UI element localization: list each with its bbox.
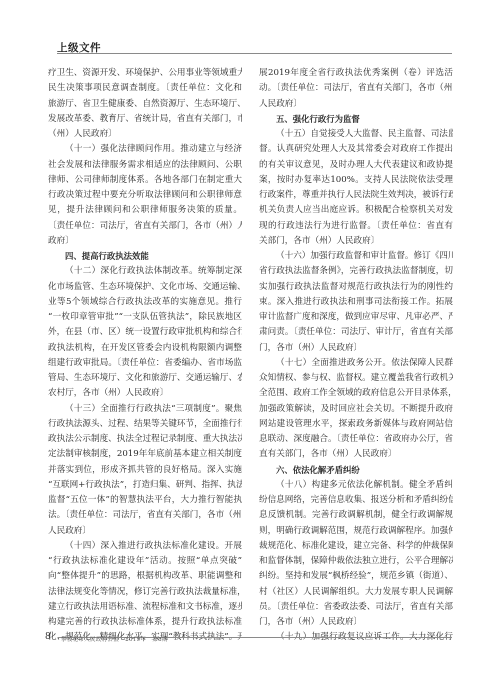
paragraph-end-line: 农村厅，各市（州）人民政府〕 bbox=[48, 386, 242, 401]
text-line: 纠纷。坚持和发展“枫桥经验”，规范乡镇（街道）、 bbox=[259, 569, 453, 584]
text-line: 见，提升法律顾问和公职律师服务决策的质量。 bbox=[48, 203, 242, 218]
text-line: 和监督体制，保障仲裁依法独立进行，公平合理解决 bbox=[259, 554, 453, 569]
text-line: 全范围、政府工作全领域的政府信息公开目录体系， bbox=[259, 386, 453, 401]
section-heading: 五、强化行政行为监督 bbox=[259, 112, 453, 127]
section-heading: 六、依法化解矛盾纠纷 bbox=[259, 463, 453, 478]
paragraph-end-line: 政府〕 bbox=[48, 234, 242, 249]
text-line: 束。深入推进行政执法和刑事司法衔接工作。拓展 bbox=[259, 295, 453, 310]
publication-issue: 第8期 bbox=[152, 637, 167, 643]
publication-name: 攀枝花市人民政府公报 bbox=[61, 637, 119, 643]
text-line: 并落实到位，形成齐抓共管的良好格局。深入实施 bbox=[48, 463, 242, 478]
paragraph-end-line: 直有关部门，各市（州）人民政府〕 bbox=[259, 447, 453, 462]
text-line: 发展改革委、教育厅、省统计局，省直有关部门，市 bbox=[48, 112, 242, 127]
paragraph-start-line: （十七）全面推进政务公开。依法保障人民群 bbox=[259, 356, 453, 371]
text-line: 裁规范化、标准化建设，建立完备、科学的仲裁保障 bbox=[259, 539, 453, 554]
paragraph-end-line: 人民政府〕 bbox=[48, 524, 242, 539]
paragraph-start-line: （十一）强化法律顾问作用。推动建立与经济 bbox=[48, 142, 242, 157]
paragraph-start-line: （十六）加强行政监督和审计监督。修订《四川 bbox=[259, 249, 453, 264]
text-line: 行政案件，尊重并执行人民法院生效判决，被诉行政 bbox=[259, 188, 453, 203]
text-line: “一枚印章管审批”“一支队伍管执法”，除民族地区 bbox=[48, 310, 242, 325]
text-line: 审计监督广度和深度，做到应审尽审、凡审必严、严 bbox=[259, 310, 453, 325]
text-line: 化市场监管、生态环境保护、文化市场、交通运输、农 bbox=[48, 280, 242, 295]
paragraph-start-line: （十五）自觉接受人大监督、民主监督、司法监 bbox=[259, 127, 453, 142]
text-line: 动。〔责任单位：司法厅，省直有关部门，各市（州） bbox=[259, 81, 453, 96]
paragraph-end-line: 门，各市（州）人民政府〕 bbox=[259, 615, 453, 630]
text-line: 〔责任单位：司法厅，省直有关部门，各市（州）人民 bbox=[48, 219, 242, 234]
text-line: 业等5个领域综合行政执法改革的实施意见。推行 bbox=[48, 295, 242, 310]
text-line: 社会发展和法律服务需求相适应的法律顾问、公职 bbox=[48, 158, 242, 173]
text-line: 定法制审核制度，2019年年底前基本建立相关制度 bbox=[48, 447, 242, 462]
text-line: 律师、公司律师制度体系。各地各部门在制定重大 bbox=[48, 173, 242, 188]
text-line: 管局、生态环境厅、文化和旅游厅、交通运输厅、农业 bbox=[48, 371, 242, 386]
text-line: 督。认真研究处理人大及其常委会对政府工作提出 bbox=[259, 142, 453, 157]
text-line: 监督“五位一体”的智慧执法平台，大力推行智能执 bbox=[48, 493, 242, 508]
left-text-column: 疗卫生、资源开发、环境保护、公用事业等领域重大民生决策事项民意调查制度。〔责任单… bbox=[48, 66, 242, 646]
text-line: “互联网+行政执法”，打造归集、研判、指挥、执法、 bbox=[48, 478, 242, 493]
text-line: 现的行政违法行为进行监督。〔责任单位：省直有 bbox=[259, 219, 453, 234]
text-line: 纷信息网络，完善信息收集、报送分析和矛盾纠纷信 bbox=[259, 493, 453, 508]
paragraph-start-line: （十二）深化行政执法体制改革。统筹制定深 bbox=[48, 264, 242, 279]
text-line: 建立行政执法用语标准、流程标准和文书标准，逐步 bbox=[48, 600, 242, 615]
text-line: 行政执法源头、过程、结果等关键环节，全面推行行 bbox=[48, 417, 242, 432]
text-line: 外，在县（市、区）统一设置行政审批机构和综合行 bbox=[48, 325, 242, 340]
text-line: 加强政策解读，及时回应社会关切。不断提升政府 bbox=[259, 402, 453, 417]
text-line: 构建完善的行政执法标准体系，提升行政执法标准 bbox=[48, 615, 242, 630]
text-line: 旅游厅、省卫生健康委、自然资源厅、生态环境厅、省 bbox=[48, 97, 242, 112]
text-line: 向“整体提升”的思路，根据机构改革、职能调整和 bbox=[48, 569, 242, 584]
text-line: 机关负责人应当出庭应诉。积极配合检察机关对发 bbox=[259, 203, 453, 218]
text-line: 行政决策过程中要充分听取法律顾问和公职律师意 bbox=[48, 188, 242, 203]
footer-publication-info: 攀枝花市人民政府公报 2019年 第8期 bbox=[61, 635, 168, 643]
text-line: 实加强行政执法监督对规范行政执法行为的刚性约 bbox=[259, 280, 453, 295]
text-line: 省行政执法监督条例》，完善行政执法监督制度，切 bbox=[259, 264, 453, 279]
text-line: “行政执法标准化建设年”活动。按照“单点突破” bbox=[48, 554, 242, 569]
text-line: 疗卫生、资源开发、环境保护、公用事业等领域重大 bbox=[48, 66, 242, 81]
text-line: 政执法公示制度、执法全过程记录制度、重大执法决 bbox=[48, 432, 242, 447]
text-line: 民生决策事项民意调查制度。〔责任单位：文化和 bbox=[48, 81, 242, 96]
text-line: 众知情权、参与权、监督权。建立覆盖我省行政机关 bbox=[259, 371, 453, 386]
text-line: 组建行政审批局。〔责任单位：省委编办、省市场监 bbox=[48, 356, 242, 371]
text-line: 息联动、深度融合。〔责任单位：省政府办公厅，省 bbox=[259, 432, 453, 447]
paragraph-end-line: 关部门，各市（州）人民政府〕 bbox=[259, 234, 453, 249]
paragraph-start-line: （十四）深入推进行政执法标准化建设。开展 bbox=[48, 539, 242, 554]
paragraph-end-line: 人民政府〕 bbox=[259, 97, 453, 112]
text-line: 村（社区）人民调解组织。大力发展专职人民调解 bbox=[259, 585, 453, 600]
paragraph-start-line: （十三）全面推行行政执法“三项制度”。聚焦 bbox=[48, 402, 242, 417]
text-line: 息反馈机制。完善行政调解机制，健全行政调解规 bbox=[259, 508, 453, 523]
section-heading: 四、提高行政执法效能 bbox=[48, 249, 242, 264]
text-line: 则，明确行政调解范围，规范行政调解程序。加强仲 bbox=[259, 524, 453, 539]
paragraph-start-line: （十八）构建多元依法化解机制。健全矛盾纠 bbox=[259, 478, 453, 493]
text-line: 法律法规变化等情况，修订完善行政执法裁量标准， bbox=[48, 585, 242, 600]
right-text-column: 展2019年度全省行政执法优秀案例（卷）评选活动。〔责任单位：司法厅，省直有关部… bbox=[259, 66, 453, 646]
text-line: 员。〔责任单位：省委政法委、司法厅，省直有关部 bbox=[259, 600, 453, 615]
text-line: 政执法机构，在开发区管委会内设机构限额内调整 bbox=[48, 341, 242, 356]
header-divider bbox=[57, 53, 452, 54]
text-line: 展2019年度全省行政执法优秀案例（卷）评选活 bbox=[259, 66, 453, 81]
text-line: 肃问责。〔责任单位：司法厅、审计厅，省直有关部 bbox=[259, 325, 453, 340]
text-line: 网站建设管理水平，探索政务新媒体与政府网站信 bbox=[259, 417, 453, 432]
text-line: 案，按时办复率达100%。支持人民法院依法受理 bbox=[259, 173, 453, 188]
paragraph-end-line: （州）人民政府〕 bbox=[48, 127, 242, 142]
paragraph-end-line: 门，各市（州）人民政府〕 bbox=[259, 341, 453, 356]
publication-year: 2019年 bbox=[125, 637, 146, 643]
page-number: 8 bbox=[45, 632, 51, 642]
text-line: 法。〔责任单位：司法厅，省直有关部门，各市（州） bbox=[48, 508, 242, 523]
text-line: 的有关审议意见，及时办理人大代表建议和政协提 bbox=[259, 158, 453, 173]
